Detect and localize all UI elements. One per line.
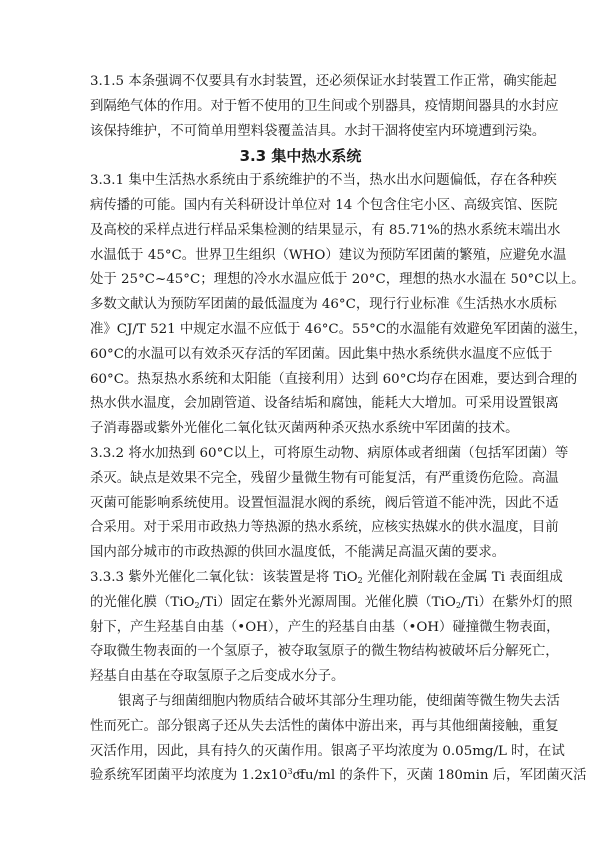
paragraph-3-3-2-line: 3.3.2 将水加热到 60°C以上，可将原生动物、病原体或者细菌（包括军团菌）… (90, 442, 511, 467)
paragraph-3-1-5-line: 到隔绝气体的作用。对于暂不使用的卫生间或个别器具，疫情期间器具的水封应 (90, 95, 511, 120)
paragraph-3-3-3-line: 射下，产生羟基自由基（•OH），产生的羟基自由基（•OH）碰撞微生物表面， (90, 616, 511, 641)
paragraph-3-3-1-line: 水温低于 45°C。世界卫生组织（WHO）建议为预防军团菌的繁殖，应避免水温 (90, 244, 511, 269)
paragraph-3-3-2-line: 杀灭。缺点是效果不完全，残留少量微生物有可能复活，有严重烫伤危险。高温 (90, 467, 511, 492)
paragraph-3-3-1-line: 及高校的采样点进行样品采集检测的结果显示，有 85.71%的热水系统末端出水 (90, 219, 511, 244)
silver-ion-paragraph-line: 灭活作用，因此，具有持久的灭菌作用。银离子平均浓度为 0.05mg/L 时，在试 (90, 740, 511, 765)
paragraph-3-3-1-line: 60°C的水温可以有效杀灭存活的军团菌。因此集中热水系统供水温度不应低于 (90, 343, 511, 368)
paragraph-3-1-5-line: 3.1.5 本条强调不仅要具有水封装置，还必须保证水封装置工作正常，确实能起 (90, 70, 511, 95)
paragraph-3-3-1-line: 3.3.1 集中生活热水系统由于系统维护的不当，热水出水问题偏低，存在各种疾 (90, 169, 511, 194)
paragraph-3-1-5-line: 该保持维护，不可简单用塑料袋覆盖洁具。水封干涸将使室内环境遭到污染。 (90, 120, 511, 145)
paragraph-3-3-1-line: 热水供水温度，会加剧管道、设备结垢和腐蚀，能耗大大增加。可采用设置银离 (90, 392, 511, 417)
paragraph-3-3-2-line: 合采用。对于采用市政热力等热源的热水系统，应核实热媒水的供水温度，目前 (90, 516, 511, 541)
paragraph-3-3-1-line: 准》CJ/T 521 中规定水温不应低于 46°C。55°C的水温能有效避免军团… (90, 318, 511, 343)
paragraph-3-3-3-line: 的光催化膜（TiO2/Ti）固定在紫外光源周围。光催化膜（TiO2/Ti）在紫外… (90, 591, 511, 616)
document-page: 3.1.5 本条强调不仅要具有水封装置，还必须保证水封装置工作正常，确实能起 到… (0, 0, 600, 848)
silver-ion-paragraph-line: 银离子与细菌细胞内物质结合破坏其部分生理功能，使细菌等微生物失去活 (90, 690, 511, 715)
body-text: 3.1.5 本条强调不仅要具有水封装置，还必须保证水封装置工作正常，确实能起 到… (90, 70, 511, 789)
paragraph-3-3-1-line: 子消毒器或紫外光催化二氧化钛灭菌两种杀灭热水系统中军团菌的技术。 (90, 417, 511, 442)
paragraph-3-3-1-line: 60°C。热泵热水系统和太阳能（直接利用）达到 60°C均存在困难，要达到合理的 (90, 368, 511, 393)
paragraph-3-3-1-line: 病传播的可能。国内有关科研设计单位对 14 个包含住宅小区、高级宾馆、医院 (90, 194, 511, 219)
paragraph-3-3-1-line: 多数文献认为预防军团菌的最低温度为 46°C，现行行业标准《生活热水水质标 (90, 293, 511, 318)
paragraph-3-3-3-line: 夺取微生物表面的一个氢原子，被夺取氢原子的微生物结构被破坏后分解死亡， (90, 640, 511, 665)
section-heading-3-3: 3.3 集中热水系统 (90, 144, 511, 169)
paragraph-3-3-3-line: 羟基自由基在夺取氢原子之后变成水分子。 (90, 665, 511, 690)
paragraph-3-3-2-line: 灭菌可能影响系统使用。设置恒温混水阀的系统，阀后管道不能冲洗，因此不适 (90, 492, 511, 517)
silver-ion-paragraph-line: 性而死亡。部分银离子还从失去活性的菌体中游出来，再与其他细菌接触，重复 (90, 715, 511, 740)
paragraph-3-3-1-line: 处于 25°C~45°C；理想的冷水水温应低于 20°C，理想的热水水温在 50… (90, 268, 511, 293)
paragraph-3-3-2-line: 国内部分城市的市政热源的供回水温度低，不能满足高温灭菌的要求。 (90, 541, 511, 566)
page-number: 6 (0, 767, 600, 780)
paragraph-3-3-3-line: 3.3.3 紫外光催化二氧化钛：该装置是将 TiO2 光催化剂附载在金属 Ti … (90, 566, 511, 591)
